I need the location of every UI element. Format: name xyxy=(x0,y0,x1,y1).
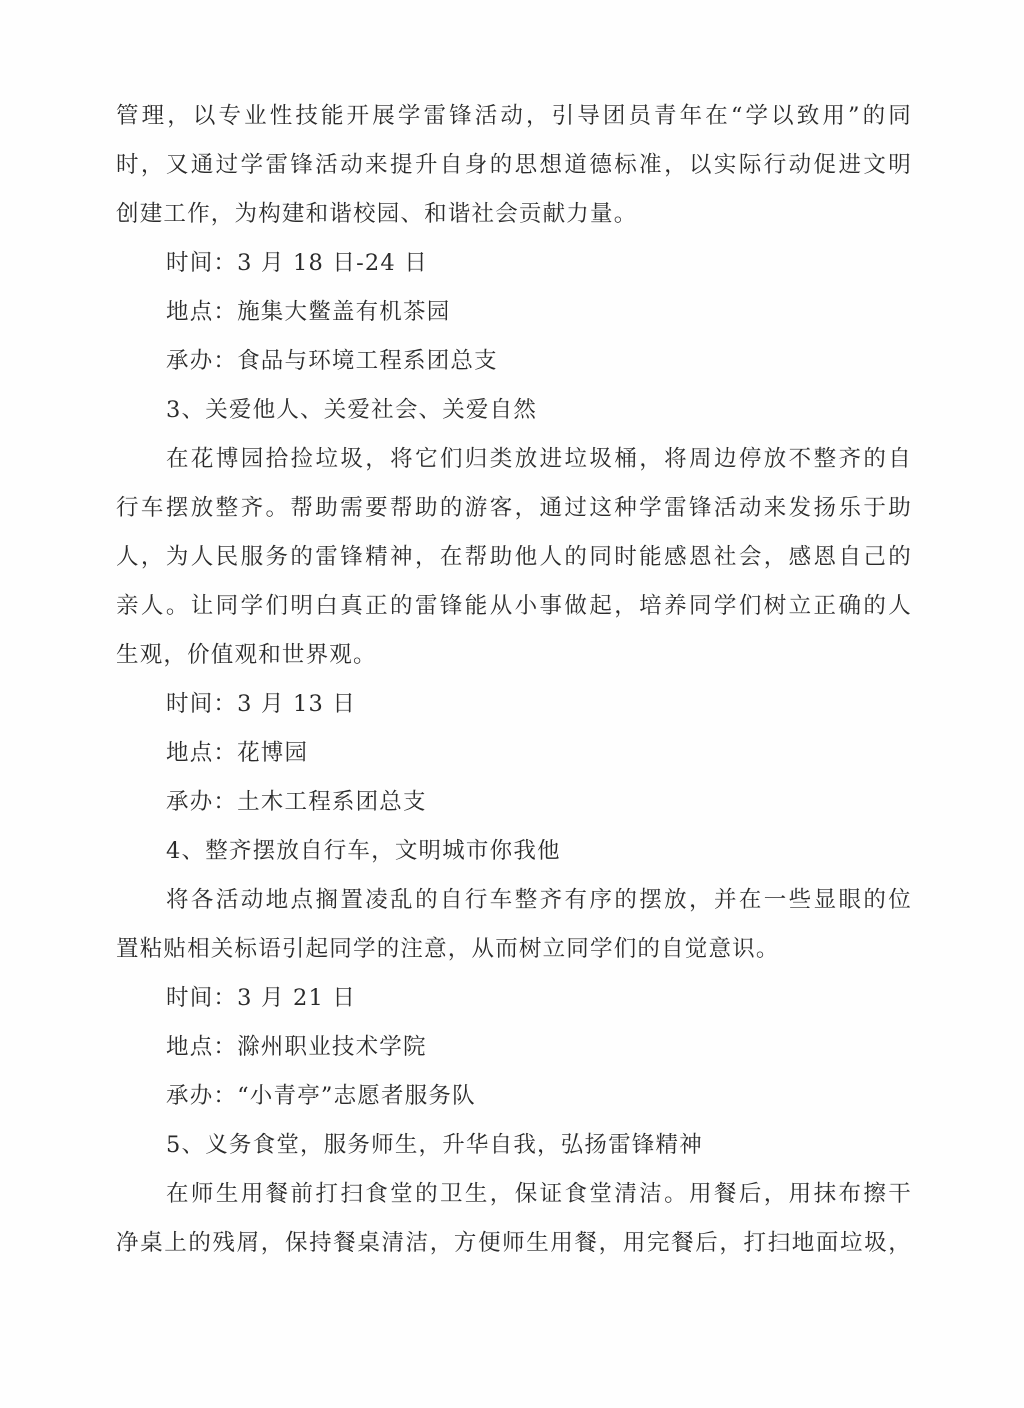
paragraph-line: 生观，价值观和世界观。 xyxy=(116,631,912,680)
scanned-page: 管理，以专业性技能开展学雷锋活动，引导团员青年在“学以致用”的同 时，又通过学雷… xyxy=(0,0,1024,1408)
section-heading-3: 3、关爱他人、关爱社会、关爱自然 xyxy=(116,386,912,435)
time-field: 时间：3 月 13 日 xyxy=(116,680,912,729)
paragraph-line: 将各活动地点搁置凌乱的自行车整齐有序的摆放，并在一些显眼的位 xyxy=(116,876,912,925)
organizer-field: 承办：食品与环境工程系团总支 xyxy=(116,337,912,386)
time-field: 时间：3 月 21 日 xyxy=(116,974,912,1023)
organizer-field: 承办：“小青亭”志愿者服务队 xyxy=(116,1072,912,1121)
section-heading-5: 5、义务食堂，服务师生，升华自我，弘扬雷锋精神 xyxy=(116,1121,912,1170)
paragraph-line: 行车摆放整齐。帮助需要帮助的游客，通过这种学雷锋活动来发扬乐于助 xyxy=(116,484,912,533)
document-body: 管理，以专业性技能开展学雷锋活动，引导团员青年在“学以致用”的同 时，又通过学雷… xyxy=(116,92,912,1268)
paragraph-line: 创建工作，为构建和谐校园、和谐社会贡献力量。 xyxy=(116,190,912,239)
paragraph-line: 置粘贴相关标语引起同学的注意，从而树立同学们的自觉意识。 xyxy=(116,925,912,974)
location-field: 地点：施集大鳖盖有机茶园 xyxy=(116,288,912,337)
paragraph-line: 管理，以专业性技能开展学雷锋活动，引导团员青年在“学以致用”的同 xyxy=(116,92,912,141)
paragraph-line: 人，为人民服务的雷锋精神，在帮助他人的同时能感恩社会，感恩自己的 xyxy=(116,533,912,582)
time-field: 时间：3 月 18 日-24 日 xyxy=(116,239,912,288)
organizer-field: 承办：土木工程系团总支 xyxy=(116,778,912,827)
paragraph-line: 在花博园拾捡垃圾，将它们归类放进垃圾桶，将周边停放不整齐的自 xyxy=(116,435,912,484)
paragraph-line: 净桌上的残屑，保持餐桌清洁，方便师生用餐，用完餐后，打扫地面垃圾， xyxy=(116,1219,912,1268)
location-field: 地点：滁州职业技术学院 xyxy=(116,1023,912,1072)
paragraph-line: 亲人。让同学们明白真正的雷锋能从小事做起，培养同学们树立正确的人 xyxy=(116,582,912,631)
paragraph-line: 时，又通过学雷锋活动来提升自身的思想道德标准，以实际行动促进文明 xyxy=(116,141,912,190)
location-field: 地点：花博园 xyxy=(116,729,912,778)
section-heading-4: 4、整齐摆放自行车，文明城市你我他 xyxy=(116,827,912,876)
paragraph-line: 在师生用餐前打扫食堂的卫生，保证食堂清洁。用餐后，用抹布擦干 xyxy=(116,1170,912,1219)
